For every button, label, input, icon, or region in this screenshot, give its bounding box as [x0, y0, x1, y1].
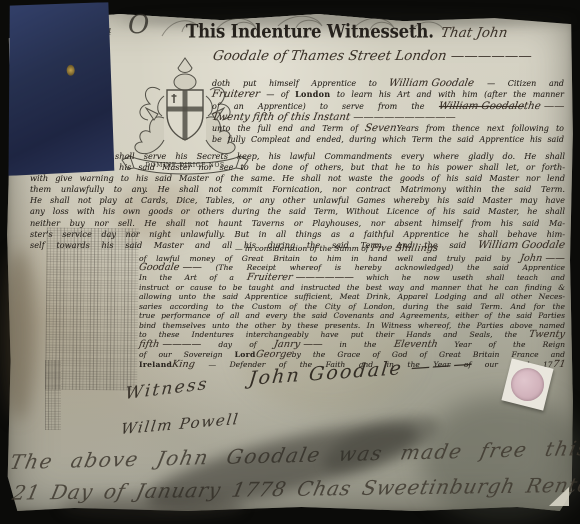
heading-handwritten-intro: That John: [439, 25, 508, 41]
text-segment: in the: [322, 340, 393, 349]
text-segment: Years from thence next following to: [397, 124, 564, 133]
text-segment: fifth ————: [138, 340, 202, 350]
blue-duty-patch: [6, 2, 115, 176]
text-segment: William Goodale: [438, 101, 525, 111]
text-segment: John ——: [519, 254, 565, 264]
text-segment: In the Art of a: [139, 273, 247, 282]
heading-blackletter: This Indenture Witnesseth.: [186, 21, 434, 42]
text-segment: true performance of all and every the sa…: [139, 311, 565, 320]
text-line: true performance of all and every the sa…: [139, 311, 565, 321]
text-segment: William Goodale: [389, 78, 476, 88]
text-segment: He shall not play at Cards, Dice, Tables…: [30, 195, 565, 205]
text-segment: day of: [201, 340, 274, 349]
text-line: any loss with his own goods or others du…: [30, 206, 565, 217]
indenture-document-photo: O 4 This Indenture Witnesseth.That John …: [0, 0, 580, 524]
text-segment: Seven: [364, 123, 397, 133]
body-block-beside-arms: doth put himself Apprentice to William G…: [212, 78, 564, 146]
text-line: He shall not play at Cards, Dice, Tables…: [30, 195, 565, 206]
text-line: bind themselves unto the other by these …: [139, 321, 565, 331]
text-segment: any loss with his own goods or others du…: [30, 206, 565, 216]
text-line: doth put himself Apprentice to William G…: [212, 78, 564, 89]
text-segment: Eleventh: [393, 340, 438, 350]
text-segment: to learn his Art and with him (after the…: [330, 90, 564, 99]
text-segment: London: [295, 89, 330, 99]
text-line: instruct or cause to be taught and instr…: [139, 283, 565, 293]
text-segment: unto the full end and Term of: [212, 124, 365, 133]
text-segment: Goodale ——: [138, 263, 202, 273]
text-segment: doth put himself Apprentice to: [212, 79, 389, 88]
text-segment: of our Sovereign: [139, 350, 235, 359]
text-segment: allowing unto the said Apprentice suffic…: [139, 292, 565, 301]
pen-flourish: O: [128, 10, 149, 40]
text-segment: — Citizen and: [474, 79, 564, 88]
text-line: with give warning to his said Master of …: [30, 173, 565, 184]
text-line: — in consideration of the Summ of Five S…: [139, 244, 565, 254]
text-segment: them unlawfully to any. He shall not com…: [30, 184, 565, 194]
text-segment: be fully Compleat and ended, during whic…: [212, 135, 564, 144]
text-segment: with give warning to his said Master of …: [30, 173, 565, 183]
text-segment: instruct or cause to be taught and instr…: [139, 283, 565, 292]
text-line: allowing unto the said Apprentice suffic…: [139, 292, 565, 302]
text-segment: George: [255, 350, 293, 360]
text-segment: Year of the Reign: [437, 340, 565, 349]
seal-wax-wafer: [511, 368, 544, 401]
text-segment: the ——: [523, 101, 565, 111]
text-segment: saries according to the Custom of the Ci…: [139, 302, 565, 311]
text-segment: neither buy nor sell. He shall not haunt…: [30, 218, 565, 228]
text-segment: Ireland: [139, 360, 172, 369]
text-line: In the Art of a Fruiterer —————— which h…: [139, 273, 565, 283]
wax-wafer-seal: [502, 358, 554, 414]
text-line: saries according to the Custom of the Ci…: [139, 302, 565, 312]
text-line: fifth ———— day of Janry —— in the Eleven…: [139, 340, 565, 350]
text-line: unto the full end and Term of Seven Year…: [212, 123, 564, 134]
body-block-indented: — in consideration of the Summ of Five S…: [139, 244, 565, 369]
text-segment: which he now useth shall teach and: [353, 273, 565, 282]
text-line: Fruiterer — of London to learn his Art a…: [212, 89, 564, 100]
text-segment: King: [171, 360, 195, 370]
text-segment: Lord: [235, 350, 256, 359]
heading-handwritten-line2: Goodale of Thames Street London ——————: [212, 48, 533, 64]
text-segment: of an Apprentice) to serve from the: [212, 102, 439, 111]
text-line: neither buy nor sell. He shall not haunt…: [30, 218, 565, 229]
text-segment: Fruiterer ——————: [246, 273, 354, 283]
margin-printed-duty-clause-fragment: [45, 360, 61, 430]
text-line: them unlawfully to any. He shall not com…: [30, 184, 565, 195]
text-segment: Twenty: [528, 330, 565, 340]
text-segment: — in consideration of the Summ of: [235, 244, 371, 253]
heading: This Indenture Witnesseth.That John: [186, 22, 507, 41]
text-segment: — of: [260, 90, 295, 99]
text-segment: bind themselves unto the other by these …: [139, 321, 565, 330]
text-line: be fully Compleat and ended, during whic…: [212, 134, 564, 145]
patch-speck: [67, 65, 75, 76]
text-segment: Five Shillings: [370, 244, 439, 254]
text-segment: Fruiterer: [211, 89, 260, 99]
text-line: to these Indentures interchangeably have…: [139, 330, 565, 340]
text-segment: Twenty fifth of this Instant ——————————: [211, 112, 456, 122]
